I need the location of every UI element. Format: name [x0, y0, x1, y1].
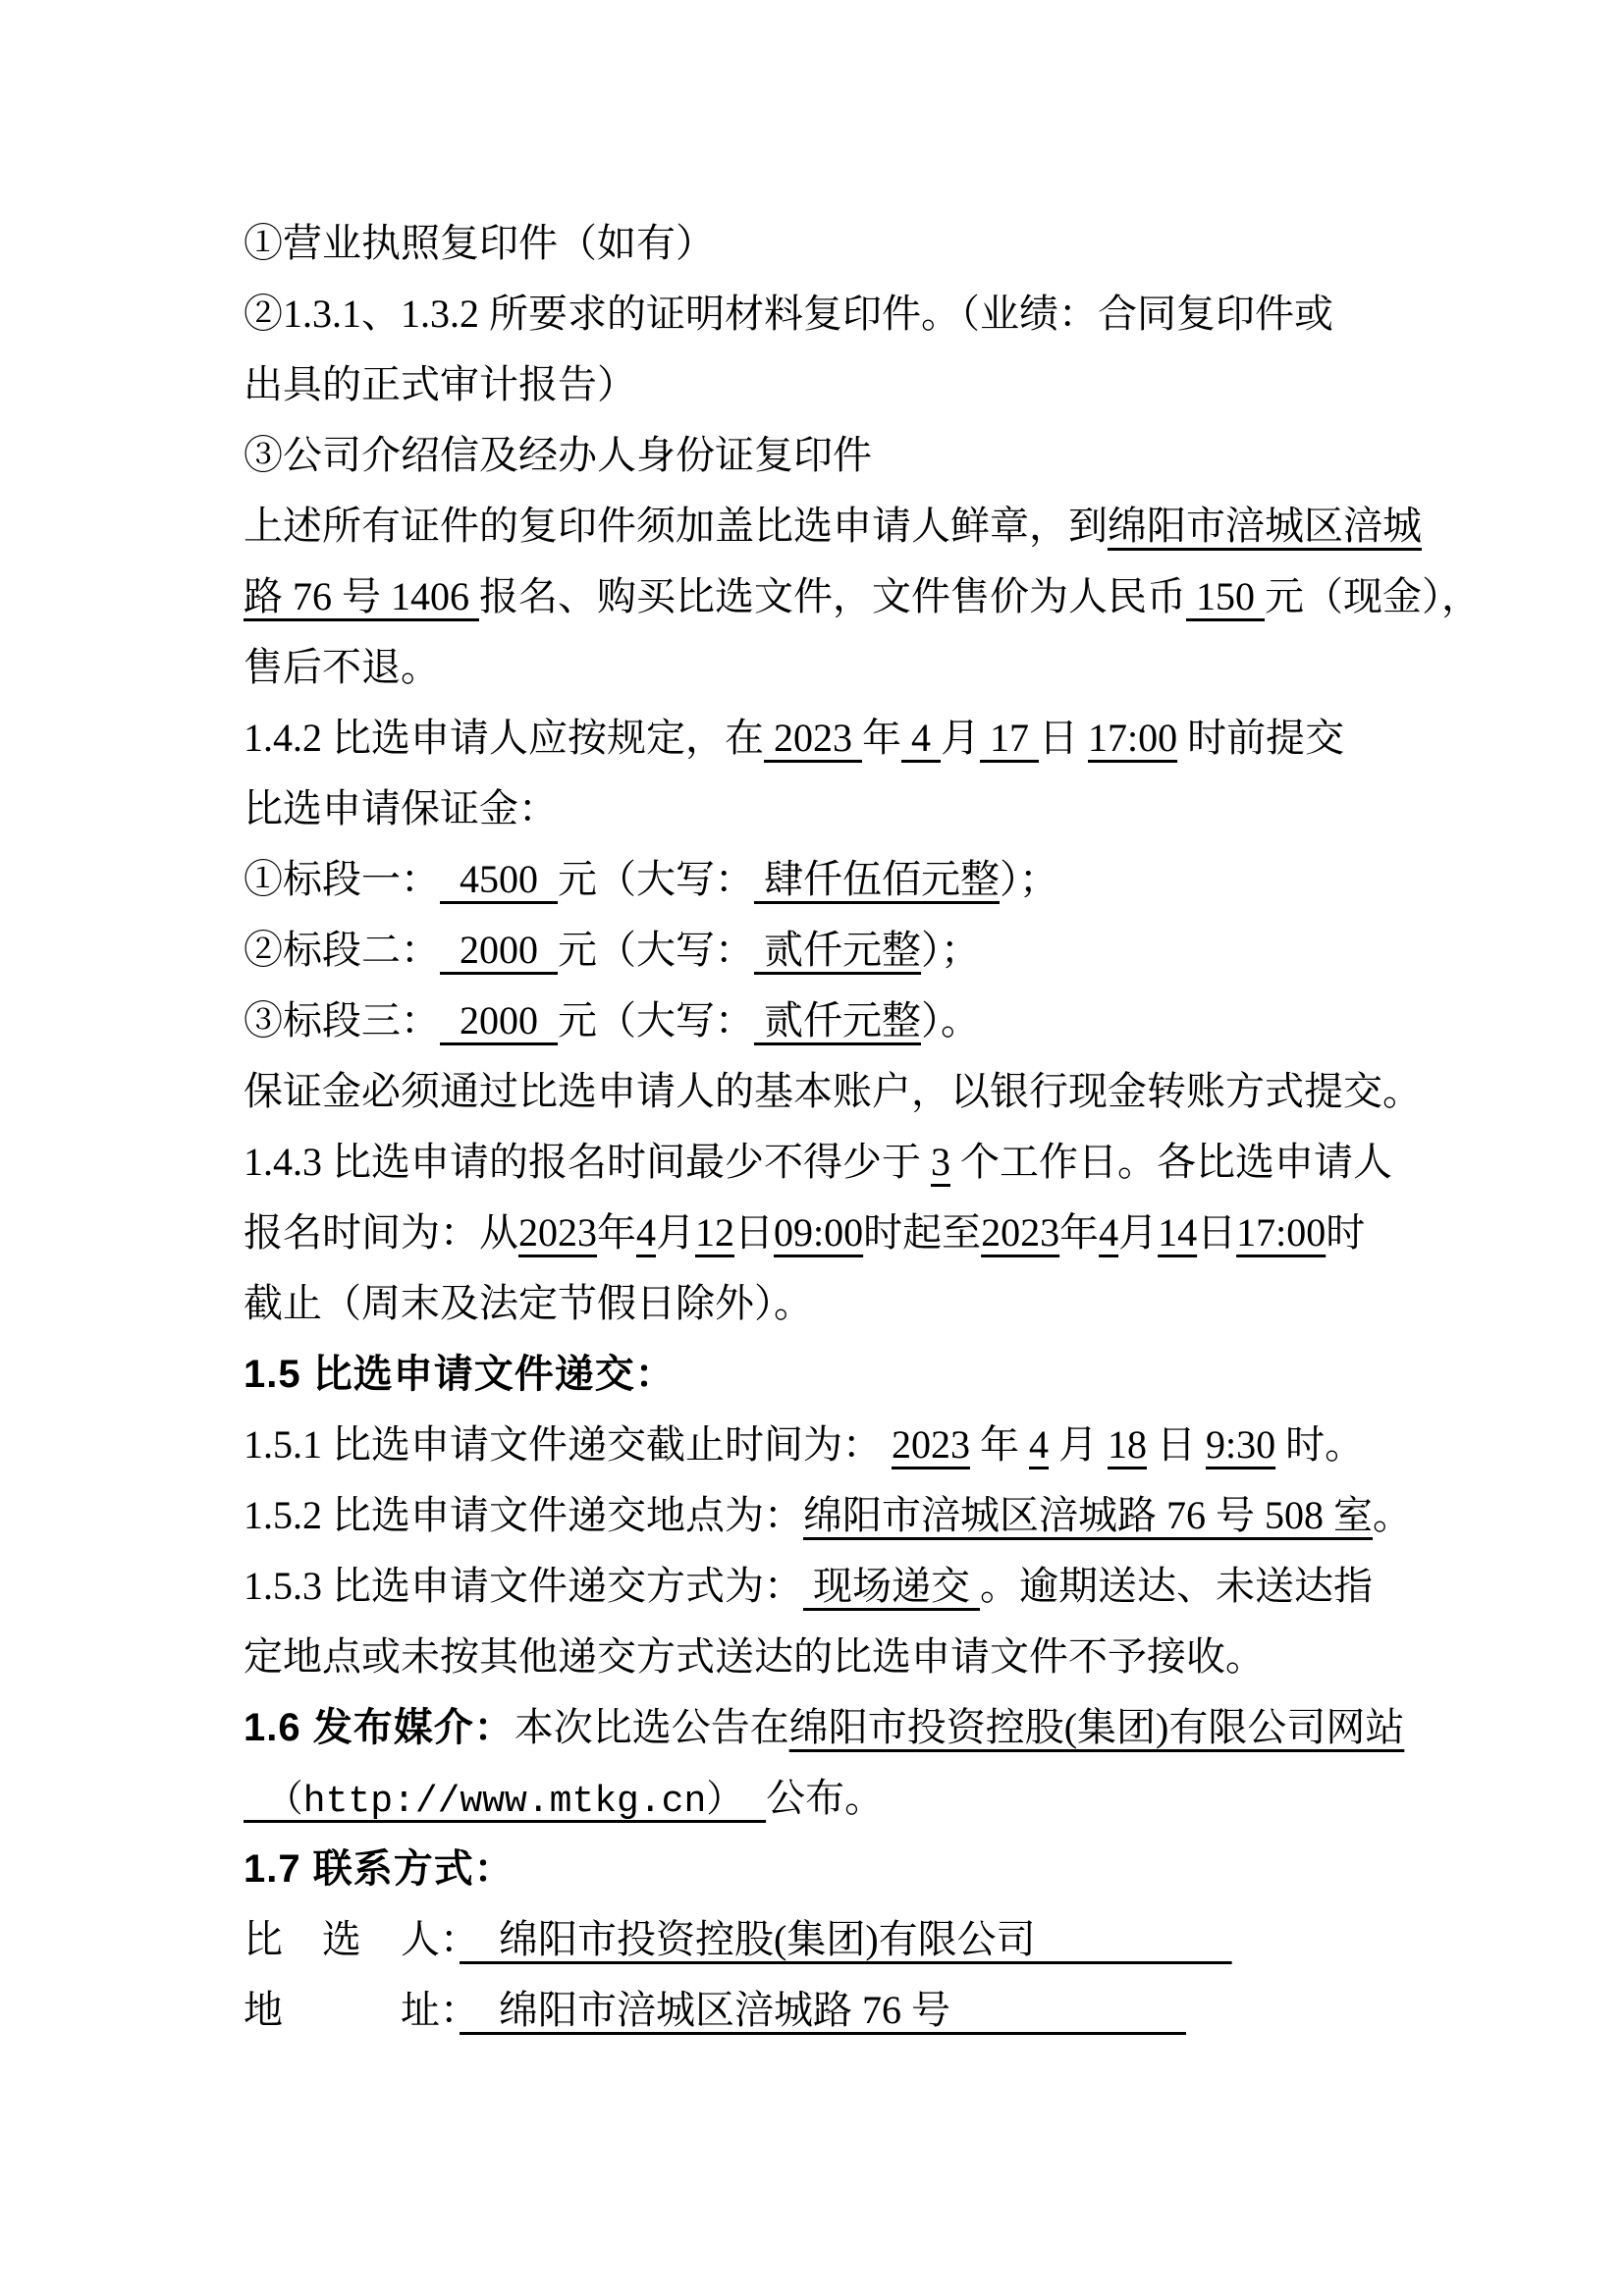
- underlined-text-segment: 3: [931, 1140, 950, 1184]
- deposit-lot-1: ①标段一： 4500 元（大写： 肆仟伍佰元整）；: [244, 844, 1392, 915]
- heading-text-segment: 1.6 发布媒介：: [244, 1706, 514, 1749]
- stamp-and-purchase-notice-2: 路 76 号 1406 报名、购买比选文件，文件售价为人民币 150 元（现金）…: [244, 561, 1392, 632]
- clause-1-5-3-line-2: 定地点或未按其他递交方式送达的比选申请文件不予接收。: [244, 1622, 1392, 1692]
- underlined-text-segment: 路 76 号 1406: [244, 574, 479, 618]
- underlined-text-segment: 4500: [440, 857, 558, 901]
- text-segment: 上述所有证件的复印件须加盖比选申请人鲜章，到: [244, 504, 1108, 548]
- underlined-text-segment: 2023: [981, 1210, 1059, 1255]
- deposit-lot-2: ②标段二： 2000 元（大写： 贰仟元整）；: [244, 915, 1392, 986]
- text-segment: 月: [941, 716, 980, 760]
- underlined-text-segment: 4: [1029, 1422, 1049, 1467]
- heading-1-5: 1.5 比选申请文件递交：: [244, 1339, 1392, 1410]
- text-segment: 。: [1373, 1493, 1412, 1537]
- stamp-and-purchase-notice-1: 上述所有证件的复印件须加盖比选申请人鲜章，到绵阳市涪城区涪城: [244, 491, 1392, 561]
- text-segment: 时。: [1275, 1422, 1364, 1467]
- text-segment: ②标段二：: [244, 928, 440, 972]
- heading-text-segment: 1.5 比选申请文件递交：: [244, 1353, 676, 1396]
- text-segment: 1.5.2 比选申请文件递交地点为：: [244, 1493, 803, 1537]
- underlined-text-segment: 贰仟元整: [754, 998, 921, 1042]
- underlined-text-segment: 肆仟伍佰元整: [754, 857, 1000, 901]
- required-copy-item-2: ②1.3.1、1.3.2 所要求的证明材料复印件。（业绩：合同复印件或: [244, 279, 1392, 349]
- text-segment: ）；: [921, 928, 980, 972]
- clause-1-5-3-line-1: 1.5.3 比选申请文件递交方式为： 现场递交 。逾期送达、未送达指: [244, 1551, 1392, 1622]
- text-segment: ①营业执照复印件（如有）: [244, 221, 715, 265]
- heading-1-7: 1.7 联系方式：: [244, 1834, 1392, 1904]
- text-segment: 年: [970, 1422, 1029, 1467]
- text-segment: 报名时间为：从: [244, 1210, 518, 1255]
- underlined-text-segment: 17:00: [1088, 716, 1177, 760]
- text-segment: 个工作日。各比选申请人: [950, 1140, 1392, 1184]
- required-copy-item-2b: 出具的正式审计报告）: [244, 349, 1392, 420]
- text-segment: 日: [1039, 716, 1088, 760]
- text-segment: 出具的正式审计报告）: [244, 362, 636, 406]
- contact-party-row: 比 选 人： 绵阳市投资控股(集团)有限公司: [244, 1904, 1392, 1975]
- document-content: ①营业执照复印件（如有）②1.3.1、1.3.2 所要求的证明材料复印件。（业绩…: [244, 208, 1392, 2046]
- text-segment: 元（现金），: [1265, 574, 1481, 618]
- text-segment: 时前提交: [1177, 716, 1344, 760]
- underlined-text-segment: 绵阳市涪城区涪城路 76 号: [460, 1988, 1186, 2032]
- text-segment: 保证金必须通过比选申请人的基本账户，以银行现金转账方式提交。: [244, 1069, 1422, 1113]
- underlined-text-segment: （http://www.mtkg.cn）: [244, 1781, 766, 1823]
- text-segment: ①标段一：: [244, 857, 440, 901]
- text-segment: 日: [1147, 1422, 1206, 1467]
- text-segment: ③标段三：: [244, 998, 440, 1042]
- heading-text-segment: 1.7 联系方式：: [244, 1847, 514, 1891]
- underlined-text-segment: 4: [636, 1210, 656, 1255]
- text-segment: 比选申请保证金：: [244, 786, 558, 830]
- underlined-text-segment: 绵阳市涪城区涪城: [1108, 504, 1422, 548]
- text-segment: 月: [1118, 1210, 1158, 1255]
- text-segment: ）；: [1000, 857, 1058, 901]
- underlined-text-segment: 绵阳市涪城区涪城路 76 号 508 室: [803, 1493, 1373, 1537]
- text-segment: 报名、购买比选文件，文件售价为人民币: [479, 574, 1186, 618]
- clause-1-4-3-line-1: 1.4.3 比选申请的报名时间最少不得少于 3 个工作日。各比选申请人: [244, 1127, 1392, 1198]
- text-segment: ）。: [921, 998, 980, 1042]
- clause-1-4-2-line-2: 比选申请保证金：: [244, 774, 1392, 844]
- underlined-text-segment: 现场递交: [803, 1564, 980, 1608]
- text-segment: 年: [862, 716, 901, 760]
- text-segment: 时: [1326, 1210, 1365, 1255]
- text-segment: 年: [1059, 1210, 1099, 1255]
- underlined-text-segment: 2000: [440, 928, 558, 972]
- text-segment: ③公司介绍信及经办人身份证复印件: [244, 433, 872, 477]
- underlined-text-segment: 17:00: [1236, 1210, 1326, 1255]
- text-segment: 1.4.3 比选申请的报名时间最少不得少于: [244, 1140, 931, 1184]
- text-segment: 公布。: [766, 1776, 884, 1820]
- underlined-text-segment: 12: [695, 1210, 734, 1255]
- deposit-lot-3: ③标段三： 2000 元（大写： 贰仟元整）。: [244, 986, 1392, 1056]
- text-segment: 地 址：: [244, 1988, 460, 2032]
- underlined-text-segment: 2023: [518, 1210, 597, 1255]
- text-segment: 月: [656, 1210, 695, 1255]
- text-segment: 月: [1049, 1422, 1108, 1467]
- text-segment: 日: [1197, 1210, 1236, 1255]
- deposit-payment-note: 保证金必须通过比选申请人的基本账户，以银行现金转账方式提交。: [244, 1056, 1392, 1127]
- text-segment: 截止（周末及法定节假日除外）。: [244, 1281, 813, 1325]
- clause-1-4-3-line-3: 截止（周末及法定节假日除外）。: [244, 1268, 1392, 1339]
- text-segment: 1.4.2 比选申请人应按规定，在: [244, 716, 764, 760]
- underlined-text-segment: 150: [1186, 574, 1265, 618]
- underlined-text-segment: 9:30: [1206, 1422, 1275, 1467]
- clause-1-4-3-line-2: 报名时间为：从2023年4月12日09:00时起至2023年4月14日17:00…: [244, 1198, 1392, 1268]
- text-segment: 元（大写：: [558, 998, 754, 1042]
- text-segment: 1.5.3 比选申请文件递交方式为：: [244, 1564, 803, 1608]
- text-segment: 1.5.1 比选申请文件递交截止时间为：: [244, 1422, 892, 1467]
- underlined-text-segment: 4: [1099, 1210, 1118, 1255]
- required-copy-item-1: ①营业执照复印件（如有）: [244, 208, 1392, 279]
- underlined-text-segment: 2023: [764, 716, 862, 760]
- clause-1-6-line-2: （http://www.mtkg.cn） 公布。: [244, 1763, 1392, 1834]
- text-segment: 比 选 人：: [244, 1917, 460, 1961]
- text-segment: 日: [734, 1210, 774, 1255]
- text-segment: 时起至: [863, 1210, 981, 1255]
- text-segment: 年: [597, 1210, 636, 1255]
- clause-1-5-2: 1.5.2 比选申请文件递交地点为：绵阳市涪城区涪城路 76 号 508 室。: [244, 1480, 1392, 1551]
- text-segment: 定地点或未按其他递交方式送达的比选申请文件不予接收。: [244, 1634, 1265, 1679]
- clause-1-5-1: 1.5.1 比选申请文件递交截止时间为： 2023 年 4 月 18 日 9:3…: [244, 1410, 1392, 1480]
- underlined-text-segment: 绵阳市投资控股(集团)有限公司: [460, 1917, 1232, 1961]
- required-copy-item-3: ③公司介绍信及经办人身份证复印件: [244, 420, 1392, 491]
- underlined-text-segment: 09:00: [774, 1210, 863, 1255]
- underlined-text-segment: 17: [980, 716, 1039, 760]
- underlined-text-segment: 2000: [440, 998, 558, 1042]
- underlined-text-segment: 14: [1158, 1210, 1197, 1255]
- stamp-and-purchase-notice-3: 售后不退。: [244, 632, 1392, 703]
- underlined-text-segment: 贰仟元整: [754, 928, 921, 972]
- underlined-text-segment: 2023: [892, 1422, 970, 1467]
- contact-address-row: 地 址： 绵阳市涪城区涪城路 76 号: [244, 1975, 1392, 2046]
- text-segment: ②1.3.1、1.3.2 所要求的证明材料复印件。（业绩：合同复印件或: [244, 292, 1333, 336]
- underlined-text-segment: 18: [1108, 1422, 1147, 1467]
- text-segment: 元（大写：: [558, 857, 754, 901]
- text-segment: 元（大写：: [558, 928, 754, 972]
- text-segment: 。逾期送达、未送达指: [980, 1564, 1373, 1608]
- text-segment: 售后不退。: [244, 645, 440, 689]
- clause-1-4-2-line-1: 1.4.2 比选申请人应按规定，在 2023 年 4 月 17 日 17:00 …: [244, 703, 1392, 774]
- document-page: ①营业执照复印件（如有）②1.3.1、1.3.2 所要求的证明材料复印件。（业绩…: [0, 0, 1624, 2296]
- clause-1-6-line-1: 1.6 发布媒介：本次比选公告在绵阳市投资控股(集团)有限公司网站: [244, 1692, 1392, 1763]
- text-segment: 本次比选公告在: [514, 1705, 789, 1749]
- underlined-text-segment: 绵阳市投资控股(集团)有限公司网站: [789, 1705, 1405, 1749]
- underlined-text-segment: 4: [901, 716, 941, 760]
